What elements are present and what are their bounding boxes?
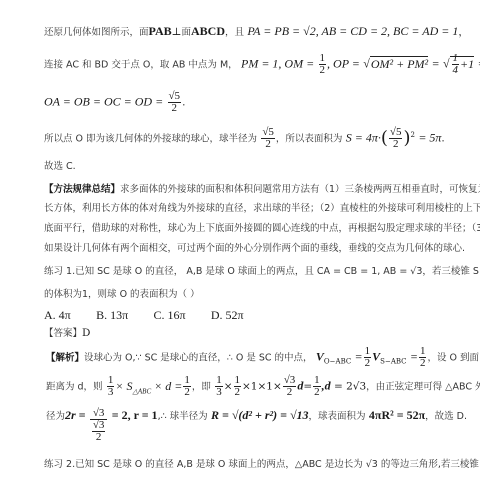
line-1: 还原几何体如图所示，面PAB⊥面ABCD，且 PA = PB = √2, AB … xyxy=(44,24,469,40)
exercise-1-options: A. 4π B. 13π C. 16π D. 52π xyxy=(44,308,244,323)
fraction: √52 xyxy=(389,127,403,150)
line-3: OA = OB = OC = OD = √52. xyxy=(44,91,185,114)
line-2: 连接 AC 和 BD 交于点 O，取 AB 中点为 M， PM = 1, OM … xyxy=(44,53,480,76)
answer-choice-text: 故选 C. xyxy=(44,160,76,174)
option-c: C. 16π xyxy=(153,308,185,322)
fraction: √52 xyxy=(261,127,275,150)
exercise-1-line-2: 的体积为1，则球 O 的表面积为（ ） xyxy=(44,288,200,302)
method-summary-line-2: 长方体，利用长方体的体对角线为外接球的直径，求出球的半径；（2）直棱柱的外接球可… xyxy=(44,202,480,216)
line-4: 所以点 O 即为该几何体的外接球的球心，球半径为 √52，所以表面积为 S = … xyxy=(44,127,445,150)
fraction: √52 xyxy=(168,91,182,114)
exercise-2-line-1: 练习 2.已知 SC 是球 O 的直径 A,B 是球 O 球面上的两点，△ABC… xyxy=(44,458,480,472)
method-summary-line-4: 如果设计几何体有两个面相交，可过两个面的外心分别作两个面的垂线，垂线的交点为几何… xyxy=(44,242,465,256)
analysis-line-2: 距离为 d，则 13× S△ABC × d =12，即 13×12×1×1×√3… xyxy=(46,375,480,398)
analysis-line-1: 【解析】设球心为 O,∵ SC 是球心的直径，∴ O 是 SC 的中点， VO−… xyxy=(46,346,480,369)
exercise-1-line-1: 练习 1.已知 SC 是球 O 的直径， A,B 是球 O 球面上的两点，且 C… xyxy=(44,265,480,279)
method-summary-line-3: 底面平行，借助球的对称性，球心为上下底面外接圆的圆心连线的中点，再根据勾股定理求… xyxy=(44,222,480,236)
option-d: D. 52π xyxy=(211,308,244,322)
method-summary-line-1: 【方法规律总结】求多面体的外接球的面积和体积问题常用方法有（1）三条棱两两互相垂… xyxy=(44,182,480,197)
exercise-1-answer: 【答案】D xyxy=(44,326,90,341)
option-b: B. 13π xyxy=(96,308,128,322)
fraction: 12 xyxy=(319,53,327,76)
option-a: A. 4π xyxy=(44,308,71,322)
analysis-line-3: 径为2r = √3√32 = 2, r = 1,∴ 球半径为 R = √(d² … xyxy=(46,408,467,443)
